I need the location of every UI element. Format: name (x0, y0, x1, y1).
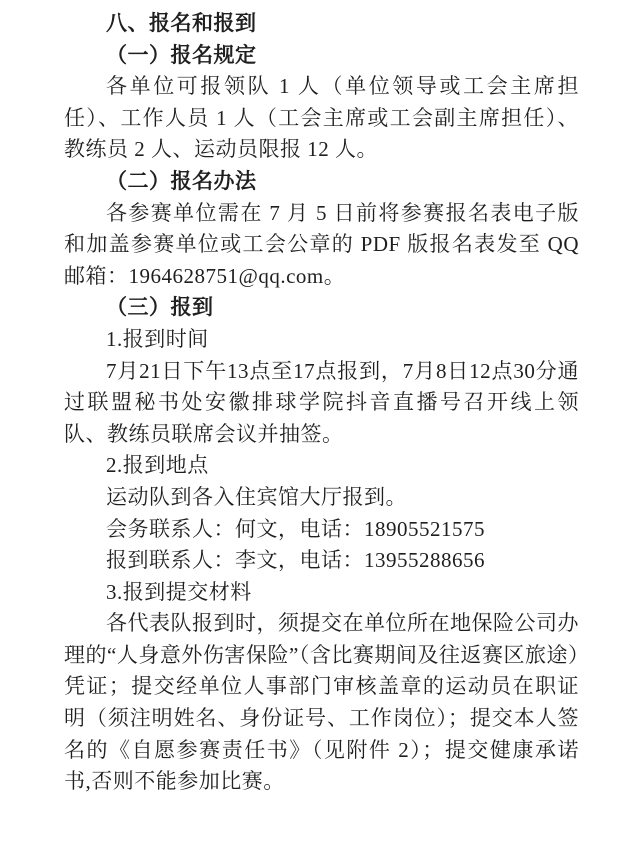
heading-registration-rules: （一）报名规定 (64, 40, 579, 72)
subhead-checkin-location: 2.报到地点 (64, 450, 579, 482)
para-checkin-materials: 各代表队报到时，须提交在单位所在地保险公司办理的“人身意外伤害保险”（含比赛期间… (64, 608, 579, 798)
para-checkin-contact: 报到联系人：李文，电话：13955288656 (64, 545, 579, 577)
subhead-checkin-materials: 3.报到提交材料 (64, 577, 579, 609)
heading-registration-and-checkin: 八、报名和报到 (64, 8, 579, 40)
document-page: 八、报名和报到 （一）报名规定 各单位可报领队 1 人（单位领导或工会主席担任）… (0, 0, 643, 849)
para-registration-quota: 各单位可报领队 1 人（单位领导或工会主席担任）、工作人员 1 人（工会主席或工… (64, 71, 579, 166)
para-checkin-time: 7月21日下午13点至17点报到，7月8日12点30分通过联盟秘书处安徽排球学院… (64, 356, 579, 451)
para-registration-method: 各参赛单位需在 7 月 5 日前将参赛报名表电子版和加盖参赛单位或工会公章的 P… (64, 198, 579, 293)
para-conference-contact: 会务联系人：何文，电话：18905521575 (64, 514, 579, 546)
subhead-checkin-time: 1.报到时间 (64, 324, 579, 356)
heading-checkin: （三）报到 (64, 292, 579, 324)
heading-registration-method: （二）报名办法 (64, 166, 579, 198)
para-checkin-location: 运动队到各入住宾馆大厅报到。 (64, 482, 579, 514)
